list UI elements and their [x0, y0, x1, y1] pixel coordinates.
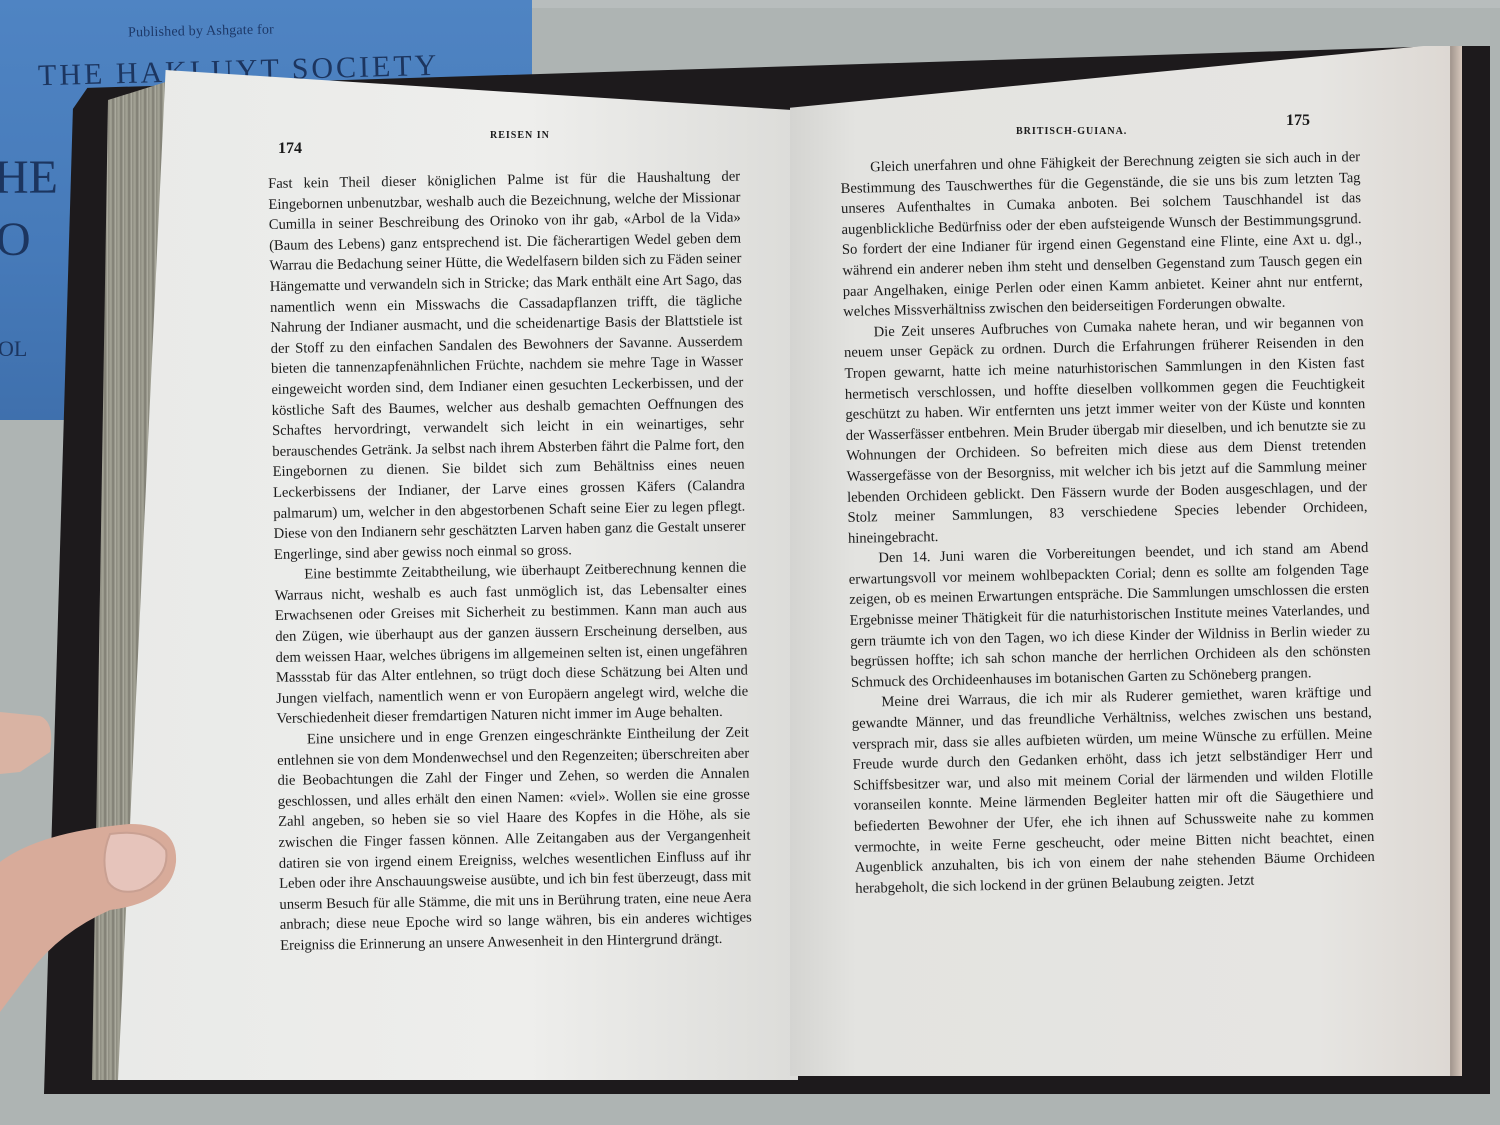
left-page: 174 REISEN IN Fast kein Theil dieser kön… [118, 70, 798, 1080]
paragraph: Fast kein Theil dieser königlichen Palme… [268, 167, 746, 566]
cover-fragment: HE [0, 150, 58, 205]
paragraph: Den 14. Juni waren die Vorbereitungen be… [848, 538, 1371, 693]
publisher-line: Published by Ashgate for [128, 22, 274, 41]
paragraph: Eine bestimmte Zeitabtheilung, wie überh… [274, 558, 749, 730]
running-head: BRITISCH-GUIANA. [1016, 126, 1127, 137]
cover-fragment: OL [0, 336, 27, 362]
paragraph: Eine unsichere und in enge Grenzen einge… [277, 723, 752, 957]
page-text: Gleich unerfahren und ohne Fähigkeit der… [840, 147, 1375, 899]
page-number: 175 [1286, 112, 1310, 130]
paragraph: Gleich unerfahren und ohne Fähigkeit der… [840, 147, 1363, 323]
right-page: 175 BRITISCH-GUIANA. Gleich unerfahren u… [790, 46, 1450, 1076]
page-text: Fast kein Theil dieser königlichen Palme… [268, 167, 752, 957]
running-head: REISEN IN [490, 130, 550, 141]
holding-thumb [0, 712, 180, 1032]
paragraph: Die Zeit unseres Aufbruches von Cumaka n… [843, 312, 1368, 549]
paragraph: Meine drei Warraus, die ich mir als Rude… [851, 682, 1375, 899]
page-number: 174 [278, 140, 302, 158]
cover-fragment: O [0, 212, 31, 267]
